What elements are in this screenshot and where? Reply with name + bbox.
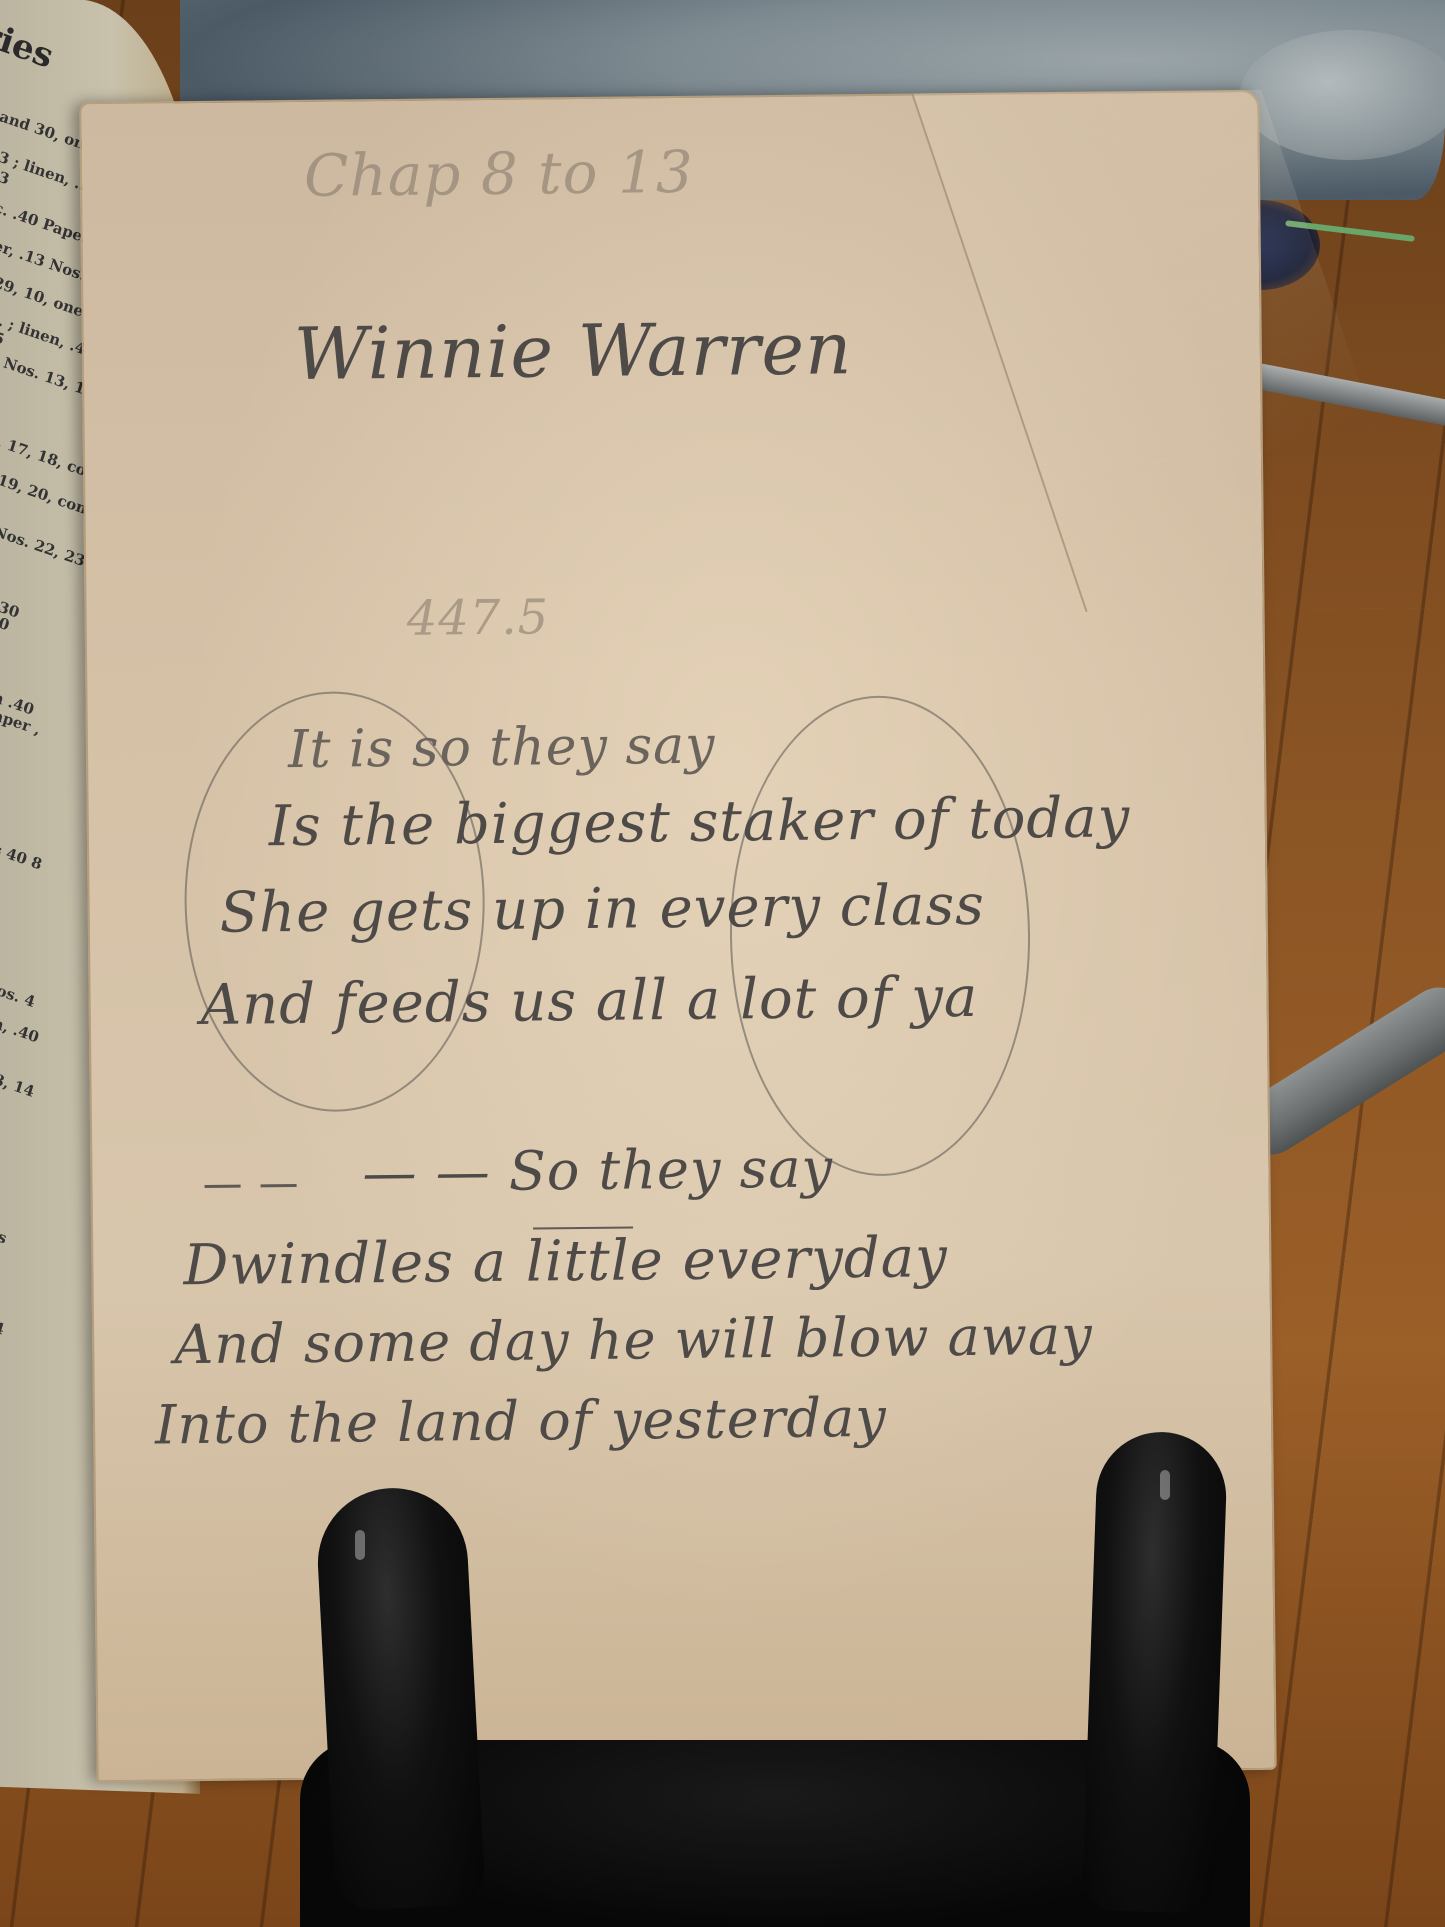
dash-mark: [261, 1184, 297, 1187]
verse-1-line-4: And feeds us all a lot of ya: [200, 965, 978, 1038]
photo-scene: ries and 30, one vol. .13 ; linen, .25 .…: [0, 0, 1445, 1927]
verse-2-line-2: Dwindles a little everyday: [183, 1225, 948, 1298]
right-handwritten-page: Chap 8 to 13 Winnie Warren 447.5 It is s…: [79, 90, 1277, 1782]
catalog-line: Nos. 4: [0, 977, 37, 1011]
verse-1-line-1: It is so they say: [288, 716, 716, 780]
verse-2-line-1: — — So they say: [362, 1136, 833, 1204]
dash-mark: [205, 1185, 241, 1188]
catalog-line: 28, 14: [0, 1067, 37, 1101]
verse-2-line-4: Into the land of yesterday: [155, 1386, 887, 1457]
catalog-line: os 40 8: [0, 837, 44, 874]
catalog-line: 24: [0, 1315, 7, 1339]
signature: Winnie Warren: [293, 306, 852, 396]
verse-1-line-2: Is the biggest staker of today: [268, 785, 1130, 859]
faint-pencil-marks: 447.5: [406, 589, 549, 646]
catalog-line: Nos. 22, 23: [0, 522, 87, 570]
page-heading-fragment: ries: [0, 15, 58, 77]
catalog-line: en, .40: [0, 1011, 41, 1047]
verse-1-line-3: She gets up in every class: [219, 873, 985, 946]
verse-2-line-3: And some day he will blow away: [174, 1304, 1093, 1377]
catalog-line: rts: [0, 1223, 9, 1248]
chapter-note: Chap 8 to 13: [304, 138, 694, 210]
